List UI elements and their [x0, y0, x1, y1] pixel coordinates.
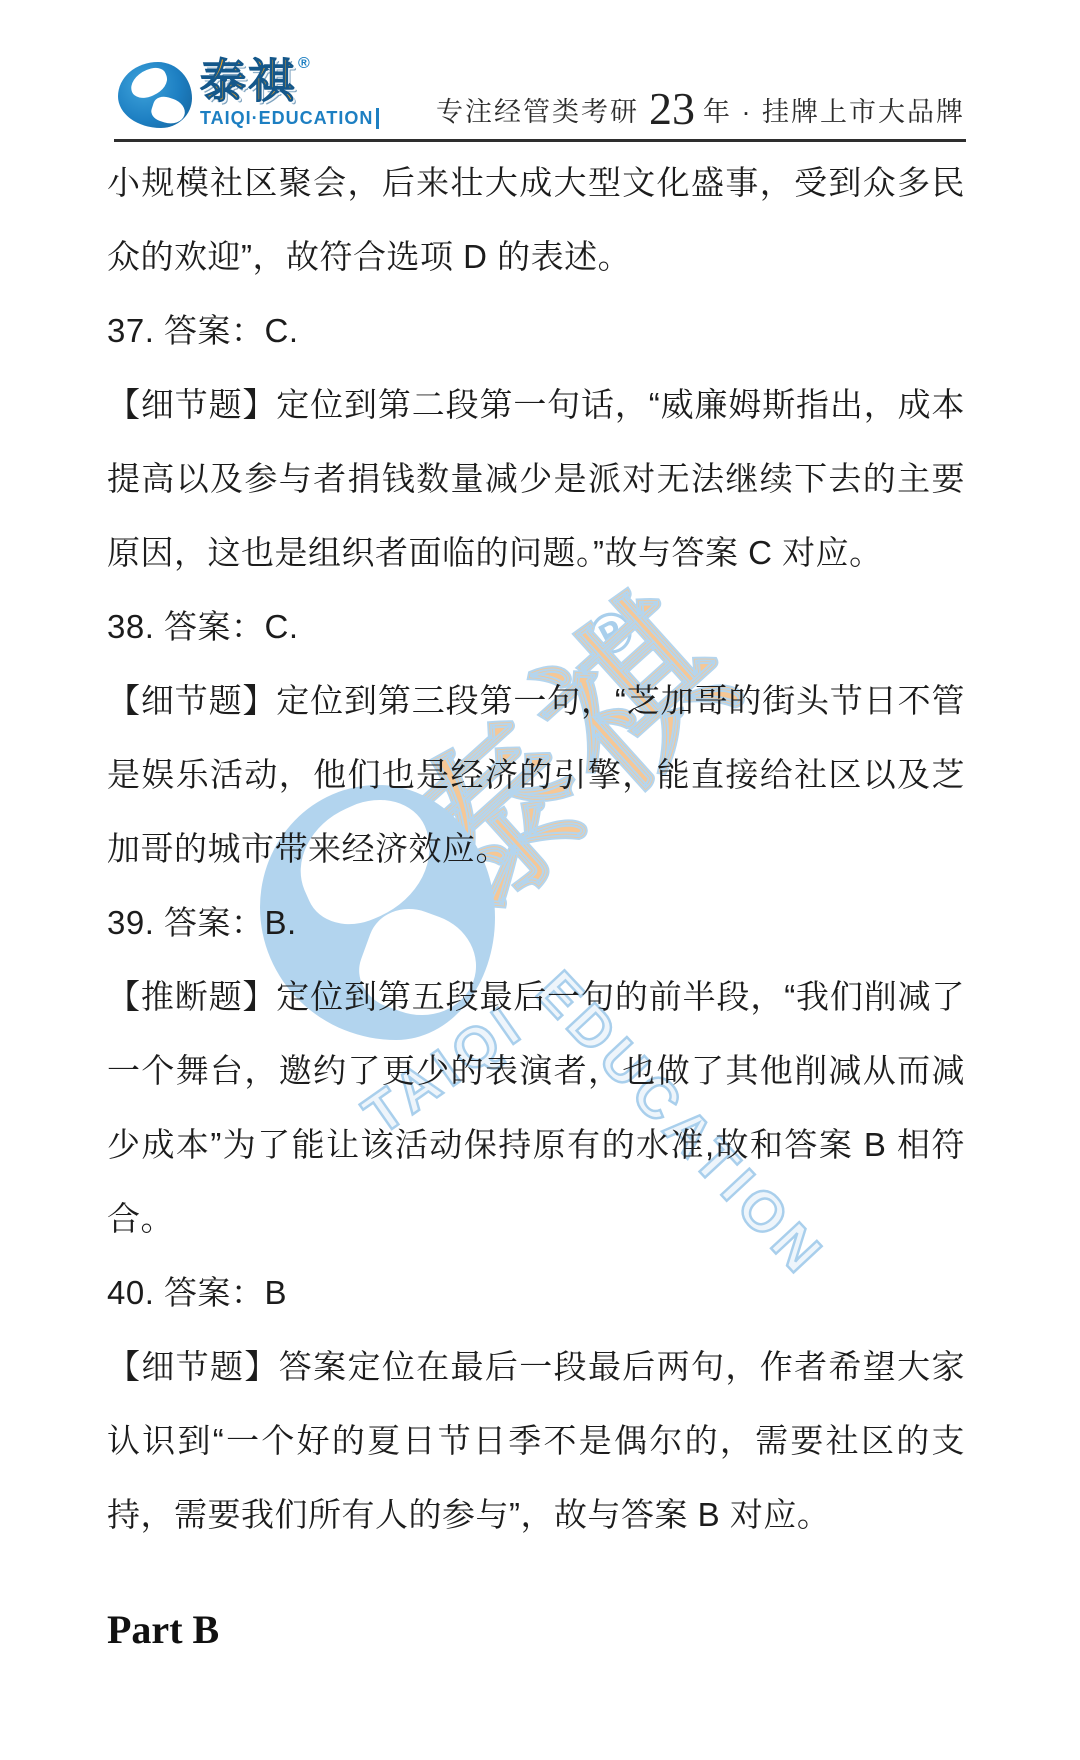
answer-line-39: 39. 答案：B.	[107, 886, 965, 960]
tagline-prefix: 专注经管类考研	[436, 90, 639, 129]
header-tagline: 专注经管类考研 23 年 · 挂牌上市大品牌	[436, 86, 965, 132]
explanation-39: 【推断题】定位到第五段最后一句的前半段，“我们削减了一个舞台，邀约了更少的表演者…	[107, 960, 965, 1256]
logo-brand-en: TAIQI·EDUCATION	[200, 108, 379, 129]
explanation-38: 【细节题】定位到第三段第一句，“芝加哥的街头节日不管是娱乐活动，他们也是经济的引…	[107, 664, 965, 886]
header-divider	[114, 139, 966, 142]
section-heading-part-b: Part B	[107, 1606, 965, 1654]
taiqi-swirl-icon	[118, 62, 192, 128]
answer-line-38: 38. 答案：C.	[107, 590, 965, 664]
logo-brand-cn: 泰祺	[200, 58, 296, 104]
answer-line-40: 40. 答案：B	[107, 1256, 965, 1330]
answer-explanations: 小规模社区聚会，后来壮大成大型文化盛事，受到众多民众的欢迎”，故符合选项 D 的…	[107, 146, 965, 1654]
explanation-40: 【细节题】答案定位在最后一段最后两句，作者希望大家认识到“一个好的夏日节日季不是…	[107, 1330, 965, 1552]
explanation-37: 【细节题】定位到第二段第一句话，“威廉姆斯指出，成本提高以及参与者捐钱数量减少是…	[107, 368, 965, 590]
registered-mark-icon: ®	[298, 56, 310, 72]
tagline-suffix: 年 · 挂牌上市大品牌	[703, 90, 965, 129]
logo-cn-row: 泰祺 ®	[200, 58, 379, 104]
tagline-years: 23	[649, 86, 695, 132]
document-page: ® 泰祺 TAIQI EDUCATION 泰祺 ® TAIQI·EDUCATIO…	[0, 0, 1080, 1760]
answer-line-37: 37. 答案：C.	[107, 294, 965, 368]
brand-logo: 泰祺 ® TAIQI·EDUCATION	[118, 58, 379, 129]
logo-text: 泰祺 ® TAIQI·EDUCATION	[200, 58, 379, 129]
page-header: 泰祺 ® TAIQI·EDUCATION 专注经管类考研 23 年 · 挂牌上市…	[0, 0, 1080, 145]
paragraph-continuation: 小规模社区聚会，后来壮大成大型文化盛事，受到众多民众的欢迎”，故符合选项 D 的…	[107, 146, 965, 294]
